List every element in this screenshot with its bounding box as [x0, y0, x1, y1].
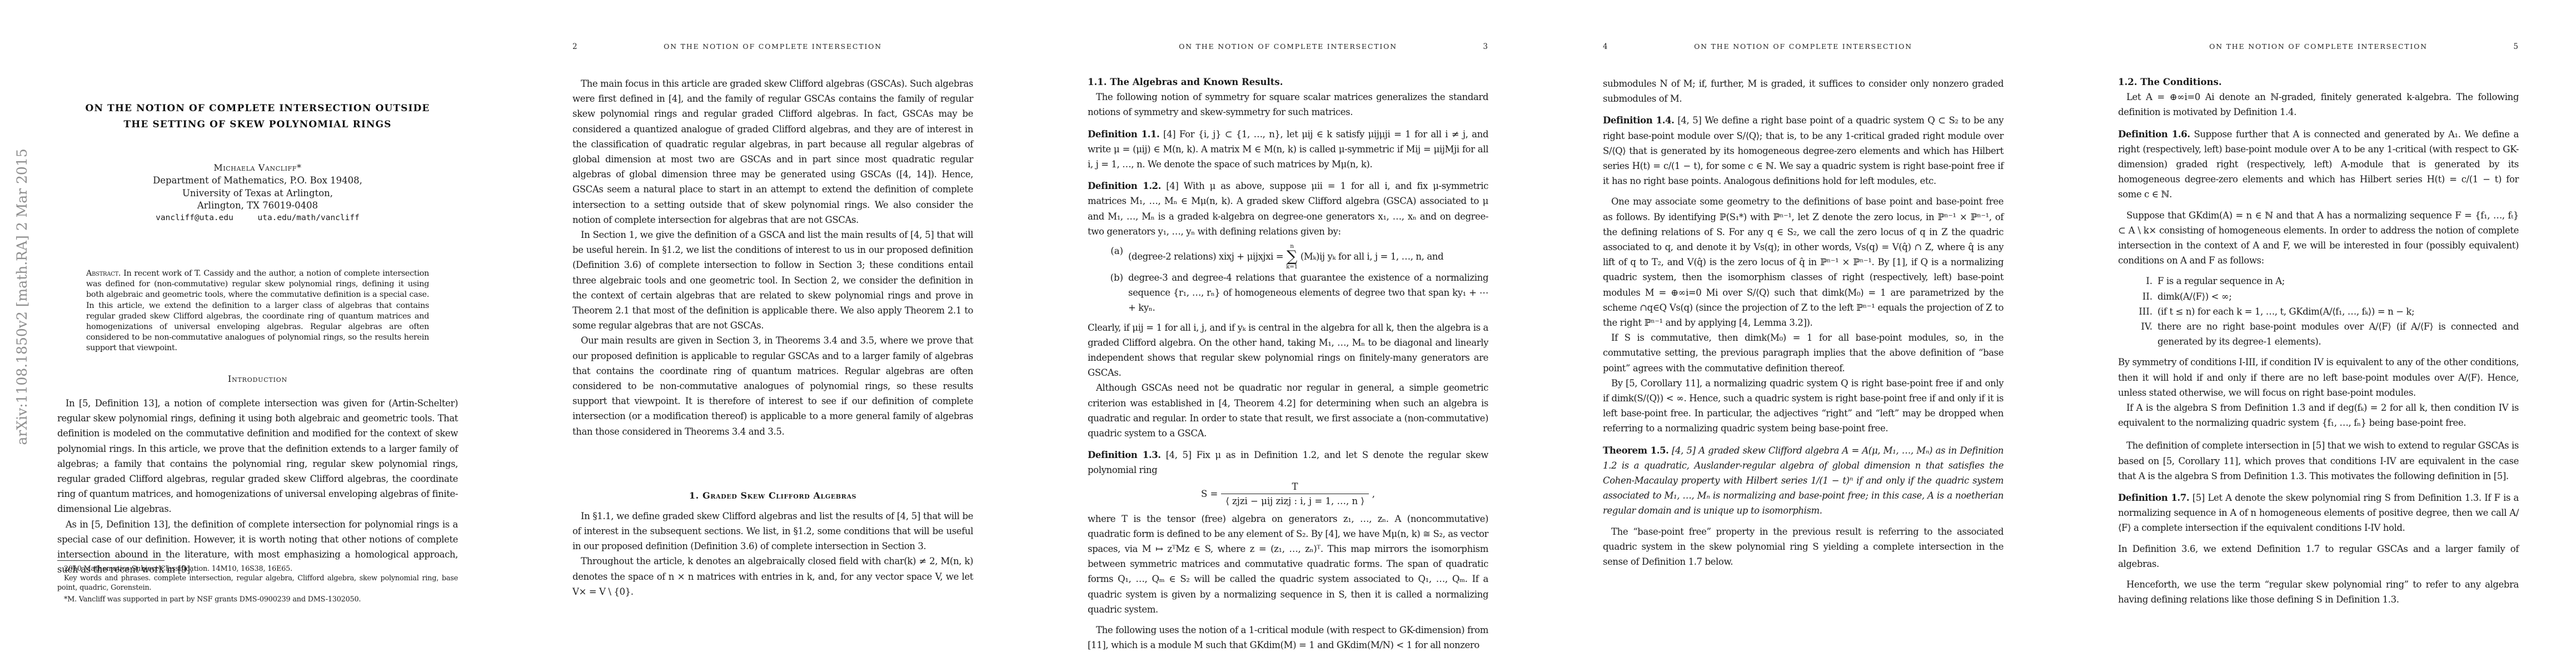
page-3-content: 1.1. The Algebras and Known Results. The… — [1088, 74, 1488, 653]
definition-1-4-text: [4, 5] We define a right base point of a… — [1603, 115, 2004, 186]
author-email: vancliff@uta.edu uta.edu/math/vancliff — [57, 213, 458, 222]
page-4: 4 ON THE NOTION OF COMPLETE INTERSECTION… — [1546, 0, 2061, 667]
condition-II-text: dimk(A/⟨F⟩) < ∞; — [2158, 289, 2519, 304]
sum-symbol: ∑ — [1287, 250, 1297, 264]
running-header: ON THE NOTION OF COMPLETE INTERSECTION — [572, 42, 973, 51]
page-number: 3 — [1483, 42, 1488, 51]
page-2-content: The main focus in this article are grade… — [572, 76, 973, 599]
definition-1-1-label: Definition 1.1. — [1088, 129, 1159, 140]
item-b-text: degree-3 and degree-4 relations that gua… — [1128, 270, 1488, 316]
paragraph-definition-extend: The definition of complete intersection … — [2118, 438, 2519, 484]
fraction: T ⟨ zjzi − μij zizj : i, j = 1, …, n ⟩ — [1221, 481, 1368, 507]
running-header: ON THE NOTION OF COMPLETE INTERSECTION — [2118, 42, 2519, 51]
definition-1-6-label: Definition 1.6. — [2118, 129, 2190, 140]
paragraph-submodules: submodules N of M; if, further, M is gra… — [1603, 76, 2004, 106]
introduction-body: In [5, Definition 13], a notion of compl… — [57, 396, 458, 577]
equation-denominator: ⟨ zjzi − μij zizj : i, j = 1, …, n ⟩ — [1221, 494, 1368, 507]
footnote-keywords: Key words and phrases. complete intersec… — [57, 574, 458, 593]
arxiv-stamp: arXiv:1108.1850v2 [math.RA] 2 Mar 2015 — [14, 133, 31, 460]
paragraph-main-results: Our main results are given in Section 3,… — [572, 333, 973, 439]
introduction-heading: Introduction — [57, 374, 458, 384]
page-4-content: submodules N of M; if, further, M is gra… — [1603, 76, 2004, 569]
display-equation: S = T ⟨ zjzi − μij zizj : i, j = 1, …, n… — [1088, 481, 1488, 507]
paragraph-section-1-overview: In Section 1, we give the definition of … — [572, 227, 973, 333]
author-affiliation-dept: Department of Mathematics, P.O. Box 1940… — [57, 175, 458, 186]
paragraph-although: Although GSCAs need not be quadratic nor… — [1088, 380, 1488, 441]
condition-IV: IV. there are no right base-point module… — [2118, 319, 2519, 349]
page-1: arXiv:1108.1850v2 [math.RA] 2 Mar 2015 O… — [0, 0, 515, 667]
item-b-label: (b) — [1104, 270, 1123, 316]
author-affiliation-city: Arlington, TX 76019-0408 — [57, 200, 458, 211]
paper-title-line-1: ON THE NOTION OF COMPLETE INTERSECTION O… — [33, 103, 482, 114]
paragraph-where-T: where T is the tensor (free) algebra on … — [1088, 511, 1488, 617]
definition-1-7-label: Definition 1.7. — [2118, 492, 2189, 503]
page-3: ON THE NOTION OF COMPLETE INTERSECTION 3… — [1030, 0, 1546, 667]
page-2: 2 ON THE NOTION OF COMPLETE INTERSECTION… — [515, 0, 1030, 667]
item-a-label: (a) — [1104, 243, 1123, 270]
theorem-1-5-label: Theorem 1.5. — [1603, 445, 1669, 456]
condition-IV-label: IV. — [2118, 319, 2153, 349]
definition-1-7: Definition 1.7. [5] Let A denote the ske… — [2118, 490, 2519, 536]
footnote-block: 2010 Mathematics Subject Classification.… — [57, 560, 458, 605]
footnote-msc: 2010 Mathematics Subject Classification.… — [57, 565, 458, 574]
condition-II: II. dimk(A/⟨F⟩) < ∞; — [2118, 289, 2519, 304]
subsection-1-2-heading: 1.2. The Conditions. — [2118, 74, 2519, 89]
paragraph-if-A-is-S: If A is the algebra S from Definition 1.… — [2118, 400, 2519, 430]
paragraph-henceforth: Henceforth, we use the term “regular ske… — [2118, 577, 2519, 607]
page-5: ON THE NOTION OF COMPLETE INTERSECTION 5… — [2061, 0, 2576, 667]
paragraph-notation: Throughout the article, k denotes an alg… — [572, 554, 973, 599]
paragraph-in-definition-36: In Definition 3.6, we extend Definition … — [2118, 541, 2519, 571]
condition-I: I. F is a regular sequence in A; — [2118, 273, 2519, 288]
definition-1-4-label: Definition 1.4. — [1603, 115, 1675, 126]
footnote-support: *M. Vancliff was supported in part by NS… — [57, 595, 458, 605]
item-a-pre: (degree-2 relations) xixj + μijxjxi = — [1128, 249, 1283, 264]
section-1-heading: 1. Graded Skew Clifford Algebras — [572, 490, 973, 501]
theorem-1-5: Theorem 1.5. [4, 5] A graded skew Cliffo… — [1603, 443, 2004, 519]
item-a: (a) (degree-2 relations) xixj + μijxjxi … — [1088, 243, 1488, 270]
author-name: Michaela Vancliff* — [57, 162, 458, 173]
condition-IV-text: there are no right base-point modules ov… — [2158, 319, 2519, 349]
paragraph-base-point-free: The “base-point free” property in the pr… — [1603, 524, 2004, 570]
definition-1-2-label: Definition 1.2. — [1088, 181, 1161, 191]
intro-paragraph-1: In [5, Definition 13], a notion of compl… — [57, 396, 458, 517]
paragraph-let-A: Let A = ⊕∞i=0 Ai denote an ℕ-graded, fin… — [2118, 89, 2519, 120]
page-number: 5 — [2513, 42, 2518, 51]
subsection-1-1-heading: 1.1. The Algebras and Known Results. — [1088, 74, 1488, 89]
equation-numerator: T — [1221, 481, 1368, 494]
paragraph-suppose-gkdim: Suppose that GKdim(A) = n ∈ ℕ and that A… — [2118, 208, 2519, 268]
condition-III-text: (if t ≤ n) for each k = 1, …, t, GKdim(A… — [2158, 304, 2519, 319]
paragraph-section-outline: In §1.1, we define graded skew Clifford … — [572, 509, 973, 554]
footnote-divider — [57, 560, 165, 561]
equation-lhs: S = — [1201, 489, 1218, 499]
paper-canvas: { "stamp": "arXiv:1108.1850v2 [math.RA] … — [0, 0, 2576, 667]
abstract-text: In recent work of T. Cassidy and the aut… — [86, 269, 429, 352]
definition-1-6: Definition 1.6. Suppose further that A i… — [2118, 127, 2519, 202]
author-affiliation-university: University of Texas at Arlington, — [57, 188, 458, 198]
paragraph-by-corollary-11: By [5, Corollary 11], a normalizing quad… — [1603, 376, 2004, 436]
definition-1-1: Definition 1.1. [4] For {i, j} ⊂ {1, …, … — [1088, 127, 1488, 172]
paragraph-symmetry-notion: The following notion of symmetry for squ… — [1088, 89, 1488, 120]
big-sum: n ∑ k=1 — [1286, 243, 1298, 270]
condition-I-text: F is a regular sequence in A; — [2158, 273, 2519, 288]
running-header: ON THE NOTION OF COMPLETE INTERSECTION — [1603, 42, 2004, 51]
page-5-content: 1.2. The Conditions. Let A = ⊕∞i=0 Ai de… — [2118, 74, 2519, 608]
abstract-section: Abstract. In recent work of T. Cassidy a… — [86, 268, 429, 354]
condition-III: III. (if t ≤ n) for each k = 1, …, t, GK… — [2118, 304, 2519, 319]
paragraph-1-critical: The following uses the notion of a 1-cri… — [1088, 623, 1488, 653]
definition-1-3: Definition 1.3. [4, 5] Fix μ as in Defin… — [1088, 447, 1488, 477]
paragraph-if-S-commutative: If S is commutative, then dimk(M₀) = 1 f… — [1603, 330, 2004, 376]
sum-lower-limit: k=1 — [1286, 264, 1298, 270]
definition-1-3-label: Definition 1.3. — [1088, 450, 1161, 460]
paragraph-clearly: Clearly, if μij = 1 for all i, j, and if… — [1088, 320, 1488, 381]
condition-III-label: III. — [2118, 304, 2153, 319]
paragraph-main-focus: The main focus in this article are grade… — [572, 76, 973, 227]
definition-1-4: Definition 1.4. [4, 5] We define a right… — [1603, 113, 2004, 188]
item-a-post: (Mₖ)ij yₖ for all i, j = 1, …, n, and — [1301, 249, 1443, 264]
abstract-label: Abstract. — [86, 269, 121, 278]
paper-title-line-2: THE SETTING OF SKEW POLYNOMIAL RINGS — [33, 119, 482, 130]
condition-II-label: II. — [2118, 289, 2153, 304]
item-b: (b) degree-3 and degree-4 relations that… — [1088, 270, 1488, 316]
definition-1-2: Definition 1.2. [4] With μ as above, sup… — [1088, 178, 1488, 239]
item-a-body: (degree-2 relations) xixj + μijxjxi = n … — [1128, 243, 1488, 270]
equation-tail: , — [1372, 489, 1375, 499]
running-header: ON THE NOTION OF COMPLETE INTERSECTION — [1088, 42, 1488, 51]
paragraph-one-may: One may associate some geometry to the d… — [1603, 194, 2004, 330]
condition-I-label: I. — [2118, 273, 2153, 288]
paragraph-by-symmetry: By symmetry of conditions I-III, if cond… — [2118, 355, 2519, 400]
